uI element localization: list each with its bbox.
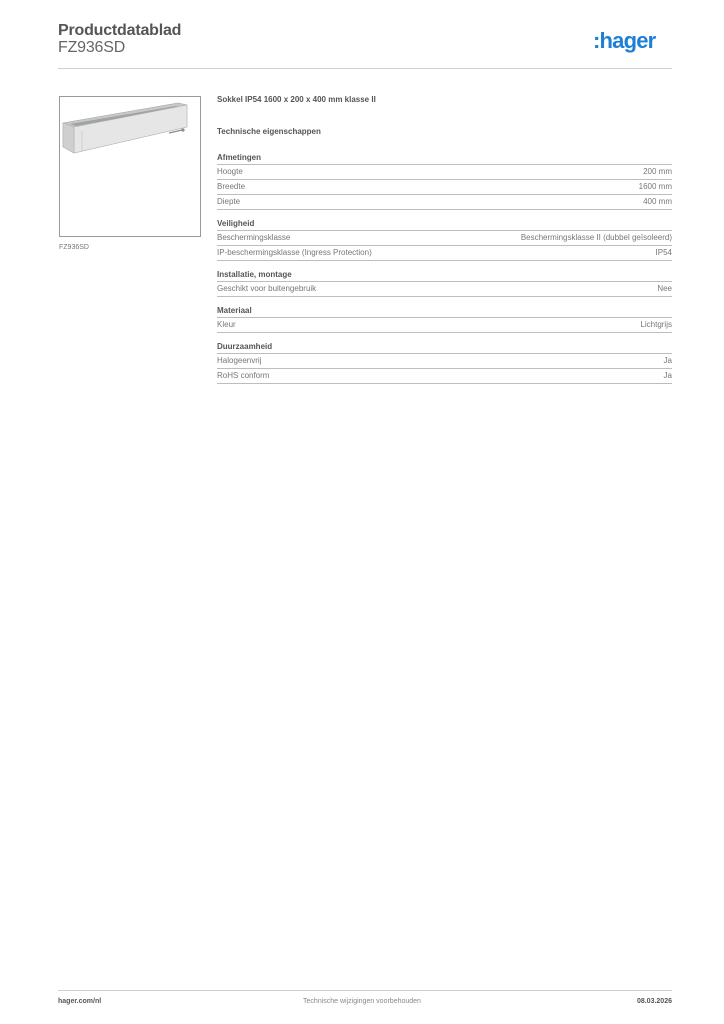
spec-group-title: Duurzaamheid: [217, 341, 672, 354]
spec-label: Halogeenvrij: [217, 354, 261, 368]
product-image-caption: FZ936SD: [59, 244, 89, 251]
product-image-frame: [59, 96, 201, 237]
spec-group: MateriaalKleurLichtgrijs: [217, 305, 672, 333]
spec-row: KleurLichtgrijs: [217, 318, 672, 333]
spec-row: IP-beschermingsklasse (Ingress Protectio…: [217, 246, 672, 261]
spec-group-title: Materiaal: [217, 305, 672, 318]
spec-row: RoHS conformJa: [217, 369, 672, 384]
spec-group: DuurzaamheidHalogeenvrijJaRoHS conformJa: [217, 341, 672, 384]
spec-label: Diepte: [217, 195, 240, 209]
spec-row: Diepte400 mm: [217, 195, 672, 210]
spec-row: Breedte1600 mm: [217, 180, 672, 195]
spec-group-title: Installatie, montage: [217, 269, 672, 282]
footer-divider: [58, 990, 672, 991]
spec-group-title: Afmetingen: [217, 152, 672, 165]
product-code: FZ936SD: [58, 39, 125, 57]
spec-label: Kleur: [217, 318, 236, 332]
spec-value: 400 mm: [643, 195, 672, 209]
spec-group-title: Veiligheid: [217, 218, 672, 231]
spec-content: Sokkel IP54 1600 x 200 x 400 mm klasse I…: [217, 94, 672, 392]
spec-label: Hoogte: [217, 165, 243, 179]
spec-label: Breedte: [217, 180, 245, 194]
spec-label: Beschermingsklasse: [217, 231, 290, 245]
spec-row: Hoogte200 mm: [217, 165, 672, 180]
spec-row: Geschikt voor buitengebruikNee: [217, 282, 672, 297]
page-title: Productdatablad: [58, 22, 181, 40]
spec-group: AfmetingenHoogte200 mmBreedte1600 mmDiep…: [217, 152, 672, 210]
hager-logo: :hager: [593, 28, 655, 54]
spec-value: 200 mm: [643, 165, 672, 179]
spec-label: RoHS conform: [217, 369, 269, 383]
spec-row: HalogeenvrijJa: [217, 354, 672, 369]
spec-value: Ja: [664, 354, 672, 368]
spec-label: Geschikt voor buitengebruik: [217, 282, 316, 296]
spec-value: IP54: [656, 246, 672, 260]
spec-value: Ja: [664, 369, 672, 383]
spec-group: Installatie, montageGeschikt voor buiten…: [217, 269, 672, 297]
spec-value: Beschermingsklasse II (dubbel geïsoleerd…: [521, 231, 672, 245]
spec-value: 1600 mm: [639, 180, 672, 194]
spec-row: BeschermingsklasseBeschermingsklasse II …: [217, 231, 672, 246]
product-plinth-image: [60, 97, 200, 236]
footer-disclaimer: Technische wijzigingen voorbehouden: [0, 998, 724, 1005]
spec-groups: AfmetingenHoogte200 mmBreedte1600 mmDiep…: [217, 152, 672, 384]
technical-properties-heading: Technische eigenschappen: [217, 126, 672, 152]
spec-group: VeiligheidBeschermingsklasseBeschermings…: [217, 218, 672, 261]
spec-value: Nee: [657, 282, 672, 296]
spec-label: IP-beschermingsklasse (Ingress Protectio…: [217, 246, 372, 260]
header-divider: [58, 68, 672, 69]
footer-date: 08.03.2026: [637, 998, 672, 1005]
spec-value: Lichtgrijs: [640, 318, 672, 332]
product-name: Sokkel IP54 1600 x 200 x 400 mm klasse I…: [217, 94, 672, 126]
